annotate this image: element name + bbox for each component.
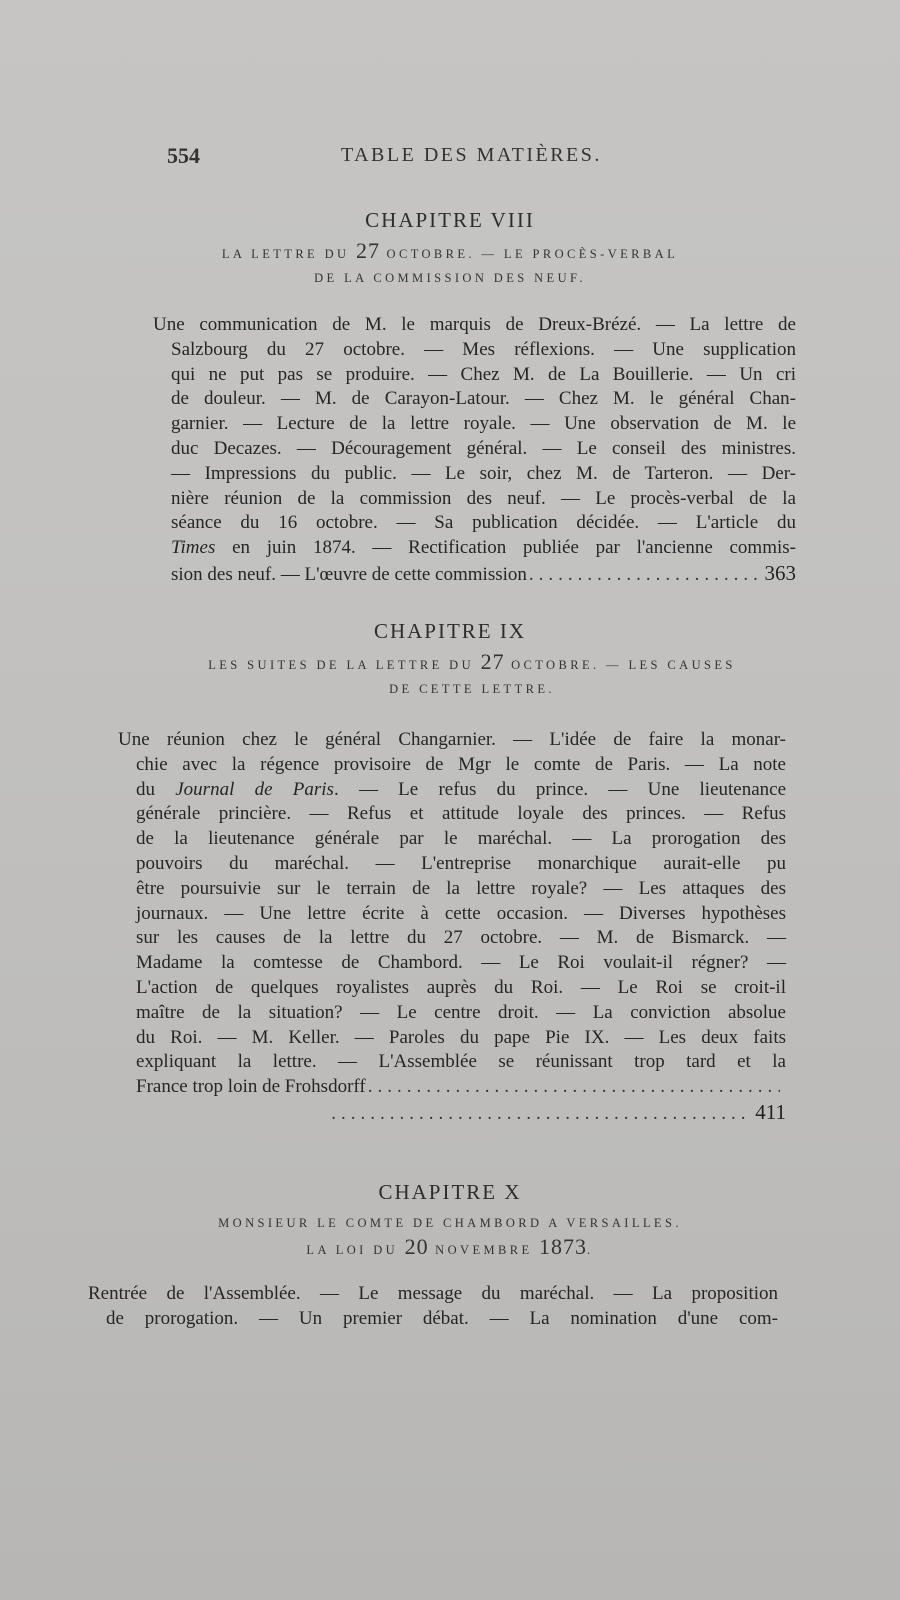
subtitle-number: 27 bbox=[481, 649, 505, 674]
subtitle-text: DE CETTE LETTRE. bbox=[389, 682, 555, 696]
dot-leader: ........................................… bbox=[529, 563, 759, 588]
summary-line: Une réunion chez le général Changarnier.… bbox=[118, 728, 786, 753]
chapter-subtitle: LA LETTRE DU 27 OCTOBRE. — LE PROCÈS-VER… bbox=[0, 239, 900, 290]
page-reference: 411 bbox=[755, 1100, 786, 1124]
italic-title: Times bbox=[171, 537, 215, 558]
subtitle-text: OCTOBRE. — LE PROCÈS-VERBAL bbox=[380, 247, 678, 261]
summary-line: maître de la situation? — Le centre droi… bbox=[118, 1001, 786, 1026]
subtitle-text: LES SUITES DE LA LETTRE DU bbox=[208, 658, 480, 672]
summary-line: journaux. — Une lettre écrite à cette oc… bbox=[118, 902, 786, 927]
subtitle-line: LES SUITES DE LA LETTRE DU 27 OCTOBRE. —… bbox=[44, 650, 900, 677]
book-page: 554 TABLE DES MATIÈRES. CHAPITRE VIII LA… bbox=[0, 0, 900, 1600]
chapter-subtitle: MONSIEUR LE COMTE DE CHAMBORD A VERSAILL… bbox=[0, 1211, 900, 1262]
chapter-subtitle: LES SUITES DE LA LETTRE DU 27 OCTOBRE. —… bbox=[0, 650, 900, 701]
summary-last-line: France trop loin de Frohsdorff bbox=[136, 1075, 366, 1100]
subtitle-line: DE LA COMMISSION DES NEUF. bbox=[0, 266, 900, 290]
summary-line: Madame la comtesse de Chambord. — Le Roi… bbox=[118, 951, 786, 976]
chapter-x-summary: Rentrée de l'Assemblée. — Le message du … bbox=[88, 1282, 778, 1332]
running-head: 554 TABLE DES MATIÈRES. bbox=[167, 143, 647, 169]
subtitle-line: LA LETTRE DU 27 OCTOBRE. — LE PROCÈS-VER… bbox=[0, 239, 900, 266]
chapter-x: CHAPITRE X MONSIEUR LE COMTE DE CHAMBORD… bbox=[0, 1180, 900, 1262]
dot-leader: ........................................… bbox=[368, 1075, 780, 1100]
chapter-heading: CHAPITRE X bbox=[0, 1180, 900, 1205]
toc-entry-leader: sion des neuf. — L'œuvre de cette commis… bbox=[153, 561, 796, 588]
toc-entry-leader: France trop loin de Frohsdorff .........… bbox=[118, 1075, 786, 1100]
subtitle-text: LA LETTRE DU bbox=[222, 247, 356, 261]
italic-title: Journal de Paris bbox=[175, 779, 334, 800]
chapter-ix-summary: Une réunion chez le général Changarnier.… bbox=[118, 728, 786, 1127]
page-number: 554 bbox=[167, 143, 200, 169]
summary-text: du bbox=[136, 779, 175, 800]
summary-line: Une communication de M. le marquis de Dr… bbox=[153, 313, 796, 338]
summary-line: garnier. — Lecture de la lettre royale. … bbox=[153, 412, 796, 437]
summary-last-line: sion des neuf. — L'œuvre de cette commis… bbox=[171, 563, 527, 588]
subtitle-text: . bbox=[587, 1243, 594, 1257]
subtitle-number: 20 bbox=[405, 1234, 429, 1259]
summary-line: Rentrée de l'Assemblée. — Le message du … bbox=[88, 1282, 778, 1307]
subtitle-line: LA LOI DU 20 NOVEMBRE 1873. bbox=[0, 1235, 900, 1262]
chapter-viii: CHAPITRE VIII LA LETTRE DU 27 OCTOBRE. —… bbox=[0, 208, 900, 290]
summary-line: expliquant la lettre. — L'Assemblée se r… bbox=[118, 1050, 786, 1075]
subtitle-line: DE CETTE LETTRE. bbox=[44, 677, 900, 701]
chapter-heading: CHAPITRE IX bbox=[0, 619, 900, 644]
summary-line: Times en juin 1874. — Rectification publ… bbox=[153, 536, 796, 561]
summary-text: . — Le refus du prince. — Une lieutenanc… bbox=[334, 779, 786, 800]
subtitle-text: OCTOBRE. — LES CAUSES bbox=[505, 658, 736, 672]
summary-line: du Journal de Paris. — Le refus du princ… bbox=[118, 778, 786, 803]
summary-line: du Roi. — M. Keller. — Paroles du pape P… bbox=[118, 1026, 786, 1051]
running-title: TABLE DES MATIÈRES. bbox=[341, 144, 602, 167]
summary-line: L'action de quelques royalistes auprès d… bbox=[118, 976, 786, 1001]
summary-line: de prorogation. — Un premier débat. — La… bbox=[88, 1307, 778, 1332]
subtitle-text: DE LA COMMISSION DES NEUF. bbox=[314, 271, 586, 285]
page-reference: 363 bbox=[765, 561, 797, 586]
chapter-heading: CHAPITRE VIII bbox=[0, 208, 900, 233]
summary-line: qui ne put pas se produire. — Chez M. de… bbox=[153, 363, 796, 388]
subtitle-text: MONSIEUR LE COMTE DE CHAMBORD A VERSAILL… bbox=[218, 1216, 682, 1230]
summary-line: de la lieutenance générale par le maréch… bbox=[118, 827, 786, 852]
chapter-viii-summary: Une communication de M. le marquis de Dr… bbox=[153, 313, 796, 588]
page-reference-line: ........................................… bbox=[118, 1100, 786, 1127]
summary-line: nière réunion de la commission des neuf.… bbox=[153, 487, 796, 512]
subtitle-year: 1873 bbox=[539, 1234, 587, 1259]
summary-line: Salzbourg du 27 octobre. — Mes réflexion… bbox=[153, 338, 796, 363]
summary-line: duc Decazes. — Découragement général. — … bbox=[153, 437, 796, 462]
summary-line: — Impressions du public. — Le soir, chez… bbox=[153, 462, 796, 487]
subtitle-line: MONSIEUR LE COMTE DE CHAMBORD A VERSAILL… bbox=[0, 1211, 900, 1235]
summary-line: de douleur. — M. de Carayon-Latour. — Ch… bbox=[153, 387, 796, 412]
summary-text: en juin 1874. — Rectification publiée pa… bbox=[215, 537, 796, 558]
subtitle-text: NOVEMBRE bbox=[429, 1243, 539, 1257]
dot-leader: ........................................… bbox=[331, 1103, 750, 1124]
summary-line: pouvoirs du maréchal. — L'entreprise mon… bbox=[118, 852, 786, 877]
summary-line: sur les causes de la lettre du 27 octobr… bbox=[118, 926, 786, 951]
summary-line: chie avec la régence provisoire de Mgr l… bbox=[118, 753, 786, 778]
summary-line: générale princière. — Refus et attitude … bbox=[118, 802, 786, 827]
subtitle-number: 27 bbox=[356, 238, 380, 263]
summary-line: être poursuivie sur le terrain de la let… bbox=[118, 877, 786, 902]
subtitle-text: LA LOI DU bbox=[306, 1243, 404, 1257]
summary-line: séance du 16 octobre. — Sa publication d… bbox=[153, 511, 796, 536]
chapter-ix: CHAPITRE IX LES SUITES DE LA LETTRE DU 2… bbox=[0, 619, 900, 701]
